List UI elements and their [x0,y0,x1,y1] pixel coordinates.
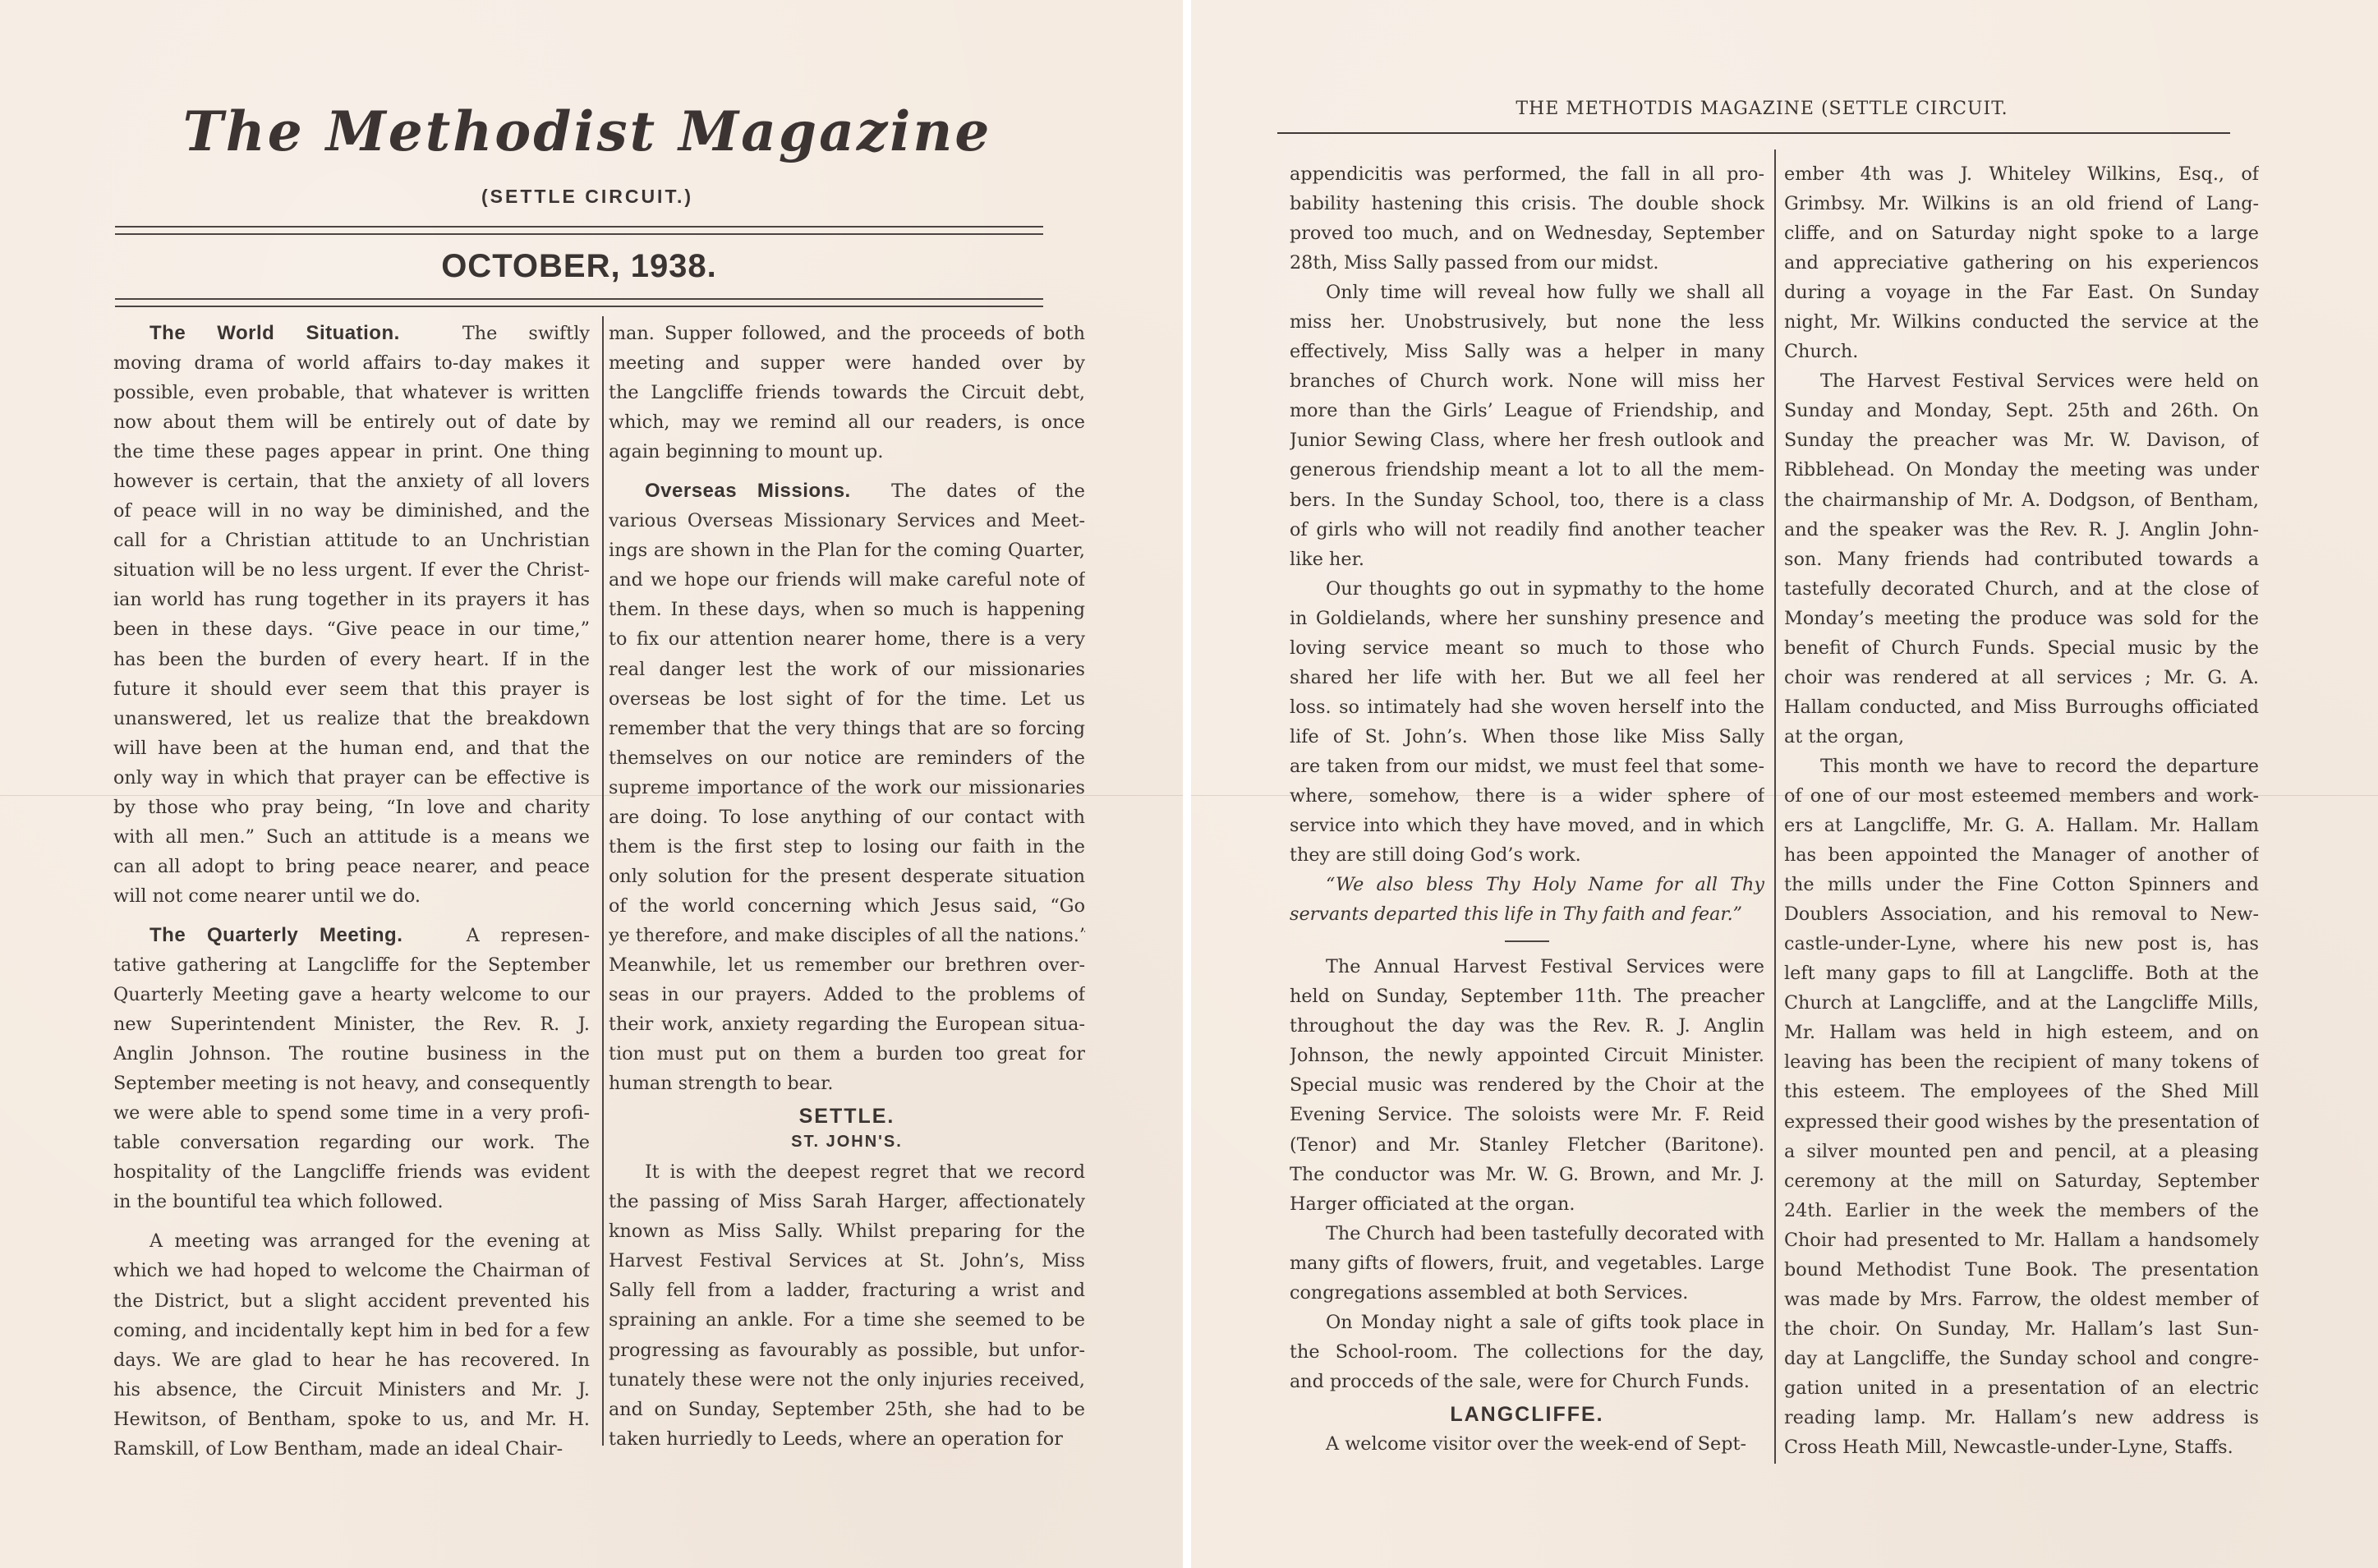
article-line: and we hope our friends will make carefu… [609,565,1085,595]
article-line: night, Mr. Wilkins conducted the service… [1784,307,2259,337]
world-situation-body: moving drama of world affairs to-day mak… [113,348,590,911]
article-line: by those who pray being, “In love and ch… [113,793,590,822]
article-line: now about them will be entirely out of d… [113,407,590,437]
column-4: ember 4th was J. Whiteley Wilkins, Esq.,… [1784,159,2259,1462]
article-line: The Church had been tastefully decorated… [1290,1219,1764,1248]
article-line: of peace will in no way be diminished, a… [113,496,590,526]
running-header-rule [1277,132,2230,134]
article-line: of the world concerning which Jesus said… [609,891,1085,921]
article-line: Hewitson, of Bentham, spoke to us, and M… [113,1405,590,1434]
article-line: This month we have to record the departu… [1784,752,2259,781]
article-line: bound Methodist Tune Book. The presentat… [1784,1255,2259,1285]
text-run: The dates of the [891,481,1085,502]
article-line: Only time will reveal how fully we shall… [1290,278,1764,307]
column-2: man. Supper followed, and the proceeds o… [609,319,1085,1454]
text-run: The swiftly [462,323,590,344]
article-line: to fix our attention nearer home, there … [609,624,1085,654]
article-line: tative gathering at Langcliffe for the S… [113,950,590,980]
article-line: Monday’s meeting the produce was sold fo… [1784,604,2259,633]
article-line: tion must put on them a burden too great… [609,1039,1085,1069]
article-line: which, may we remind all our readers, is… [609,407,1085,437]
article-line: meeting and supper were handed over by [609,348,1085,378]
article-line: they are still doing God’s work. [1290,840,1764,870]
decoration-paragraph: The Church had been tastefully decorated… [1290,1219,1764,1308]
article-line: with all men.” Such an attitude is a mea… [113,822,590,852]
left-page: The Methodist Magazine (SETTLE CIRCUIT.)… [0,0,1183,1568]
article-line: during a voyage in the Far East. On Sund… [1784,278,2259,307]
article-line: this esteem. The employees of the Shed M… [1784,1077,2259,1106]
date-rule [115,298,1043,307]
heading-world-situation: The World Situation. [149,322,400,344]
evening-meeting-paragraph: A meeting was arranged for the evening a… [113,1226,590,1463]
article-line: the District, but a slight accident prev… [113,1286,590,1316]
article-line: and appreciative gathering on his experi… [1784,248,2259,278]
article-line: their work, anxiety regarding the Europe… [609,1009,1085,1039]
article-line: Ramskill, of Low Bentham, made an ideal … [113,1434,590,1464]
article-line: Junior Sewing Class, where her fresh out… [1290,425,1764,455]
text-run: A represen- [467,925,590,946]
article-line: benefit of Church Funds. Special music b… [1784,633,2259,663]
article-line: and procceds of the sale, were for Churc… [1290,1367,1764,1396]
article-line: cliffe, and on Saturday night spoke to a… [1784,218,2259,248]
article-line: future it should ever seem that this pra… [113,674,590,704]
article-line: (Tenor) and Mr. Stanley Fletcher (Barito… [1290,1130,1764,1160]
heading-st-johns: ST. JOHN'S. [609,1129,1085,1157]
article-line: Quarterly Meeting gave a hearty welcome … [113,980,590,1009]
article-line: the School-room. The collections for the… [1290,1337,1764,1367]
magazine-subtitle: (SETTLE CIRCUIT.) [123,186,1051,208]
heading-quarterly-meeting: The Quarterly Meeting. [149,924,402,946]
running-header: THE METHOTDIS MAGAZINE (SETTLE CIRCUIT. [1290,99,2234,119]
article-line: expressed their good wishes by the prese… [1784,1107,2259,1137]
article-line: ye therefore, and make disciples of all … [609,921,1085,950]
article-line: “We also bless Thy Holy Name for all Thy [1290,870,1764,899]
article-line: like her. [1290,545,1764,574]
memorial-quote: “We also bless Thy Holy Name for all Thy… [1290,870,1764,929]
article-line: Anglin Johnson. The routine business in … [113,1039,590,1069]
article-line: at the organ, [1784,722,2259,752]
article-line: in the bountiful tea which followed. [113,1187,590,1216]
article-line: a silver mounted pen and pencil, at a pl… [1784,1137,2259,1166]
article-line: Doublers Association, and his removal to… [1784,899,2259,929]
article-line: possible, even probable, that whatever i… [113,378,590,407]
article-line: ers at Langcliffe, Mr. G. A. Hallam. Mr.… [1784,811,2259,840]
article-line: has been the burden of every heart. If i… [113,645,590,674]
article-line: Cross Heath Mill, Newcastle-under-Lyne, … [1784,1432,2259,1462]
article-line: his absence, the Circuit Ministers and M… [113,1375,590,1405]
article-line: ember 4th was J. Whiteley Wilkins, Esq.,… [1784,159,2259,189]
article-line: servants departed this life in Thy faith… [1290,899,1764,929]
article-line: in Goldielands, where her sunshiny prese… [1290,604,1764,633]
article-line: of one of our most esteemed members and … [1784,781,2259,811]
article-line: progressing as favourably as possible, b… [609,1336,1085,1365]
article-line: the chairmanship of Mr. A. Dodgson, of B… [1784,485,2259,515]
article-line: known as Miss Sally. Whilst preparing fo… [609,1216,1085,1246]
article-line: The conductor was Mr. W. G. Brown, and M… [1290,1160,1764,1189]
article-line: will not come nearer until we do. [113,881,590,911]
article-line: seas in our prayers. Added to the proble… [609,980,1085,1009]
article-line: leaving has been the recipient of many t… [1784,1047,2259,1077]
article-line: throughout the day was the Rev. R. J. An… [1290,1011,1764,1041]
article-line: A meeting was arranged for the evening a… [113,1226,590,1256]
article-line: appendicitis was performed, the fall in … [1290,159,1764,189]
article-line: call for a Christian attitude to an Unch… [113,526,590,555]
article-line: where, somehow, there is a wider sphere … [1290,781,1764,811]
article-line: gation united in a presentation of an el… [1784,1373,2259,1403]
article-line: Hallam conducted, and Miss Burroughs off… [1784,692,2259,722]
article-line: ings are shown in the Plan for the comin… [609,536,1085,565]
article-line: The Annual Harvest Festival Services wer… [1290,952,1764,982]
heading-overseas-missions: Overseas Missions. [645,480,851,502]
article-line: loss. so intimately had she woven hersel… [1290,692,1764,722]
masthead-rule [115,226,1043,235]
article-line: them. In these days, when so much is hap… [609,595,1085,624]
article-line: service into which they have moved, and … [1290,811,1764,840]
article-line: again beginning to mount up. [609,437,1085,467]
column-3: appendicitis was performed, the fall in … [1290,159,1764,1459]
article-line: effectively, Miss Sally was a helper in … [1290,337,1764,366]
article-line: was made by Mrs. Farrow, the oldest memb… [1784,1285,2259,1314]
article-line: bability hastening this crisis. The doub… [1290,189,1764,218]
heading-settle: SETTLE. [609,1103,1085,1129]
article-line: ian world has rung together in its praye… [113,585,590,614]
article-line: life of St. John’s. When those like Miss… [1290,722,1764,752]
article-line: are doing. To lose anything of our conta… [609,802,1085,832]
article-line: Church. [1784,337,2259,366]
masthead: The Methodist Magazine (SETTLE CIRCUIT.) [123,99,1051,208]
article-line: overseas be lost sight of for the time. … [609,684,1085,714]
article-line: Sunday and Monday, Sept. 25th and 26th. … [1784,396,2259,425]
article-line: man. Supper followed, and the proceeds o… [609,319,1085,348]
sympathy-paragraph: Our thoughts go out in sypmathy to the h… [1290,574,1764,870]
article-line: the Langcliffe friends towards the Circu… [609,378,1085,407]
article-line: Sally fell from a ladder, fracturing a w… [609,1276,1085,1305]
article-line: shared her life with her. But we all fee… [1290,663,1764,692]
article-line: ceremony at the mill on Saturday, Septem… [1784,1166,2259,1196]
article-line: themselves on our notice are reminders o… [609,743,1085,773]
article-line: reading lamp. Mr. Hallam’s new address i… [1784,1403,2259,1432]
article-line: situation will be no less urgent. If eve… [113,555,590,585]
sale-paragraph: On Monday night a sale of gifts took pla… [1290,1308,1764,1396]
article-line: castle-under-Lyne, where his new post is… [1784,929,2259,959]
article-line: however is certain, that the anxiety of … [113,467,590,496]
article-line: choir was rendered at all services ; Mr.… [1784,663,2259,692]
article-line: tastefully decorated Church, and at the … [1784,574,2259,604]
langcliffe-intro: A welcome visitor over the week-end of S… [1290,1429,1764,1459]
article-line: are taken from our midst, we must feel t… [1290,752,1764,781]
article-line: Meanwhile, let us remember our brethren … [609,950,1085,980]
article-line: left many gaps to fill at Langcliffe. Bo… [1784,959,2259,988]
article-line: Evening Service. The soloists were Mr. F… [1290,1100,1764,1129]
harvest-festival-paragraph: The Annual Harvest Festival Services wer… [1290,952,1764,1218]
article-line: can all adopt to bring peace nearer, and… [113,852,590,881]
langcliffe-harvest-paragraph: The Harvest Festival Services were held … [1784,366,2259,752]
article-line: Overseas Missions. The dates of the [609,476,1085,506]
column-divider [1774,149,1776,1464]
article-line: branches of Church work. None will miss … [1290,366,1764,396]
article-line: proved too much, and on Wednesday, Septe… [1290,218,1764,248]
article-line: spraining an ankle. For a time she seeme… [609,1305,1085,1335]
section-separator [1505,940,1549,942]
article-line: the mills under the Fine Cotton Spinners… [1784,870,2259,899]
article-line: and on Sunday, September 25th, she had t… [609,1395,1085,1424]
article-line: Church at Langcliffe, and at the Langcli… [1784,988,2259,1018]
article-line: the choir. On Sunday, Mr. Hallam’s last … [1784,1314,2259,1344]
article-line: Our thoughts go out in sypmathy to the h… [1290,574,1764,604]
article-line: table conversation regarding our work. T… [113,1128,590,1157]
article-line: Grimbsy. Mr. Wilkins is an old friend of… [1784,189,2259,218]
article-line: various Overseas Missionary Services and… [609,506,1085,536]
article-line: miss her. Unobstrusively, but none the l… [1290,307,1764,337]
tribute-paragraph: Only time will reveal how fully we shall… [1290,278,1764,573]
article-line: supreme importance of the work our missi… [609,773,1085,802]
article-line: days. We are glad to hear he has recover… [113,1345,590,1375]
article-line: Harger officiated at the organ. [1290,1189,1764,1219]
article-line: son. Many friends had contributed toward… [1784,545,2259,574]
column-1: The World Situation. The swiftly moving … [113,319,590,1464]
article-line: the passing of Miss Sarah Harger, affect… [609,1187,1085,1216]
article-line: The World Situation. The swiftly [113,319,590,348]
article-line: them is the first step to losing our fai… [609,832,1085,862]
article-line: new Superintendent Minister, the Rev. R.… [113,1009,590,1039]
article-line: will have been at the human end, and tha… [113,733,590,763]
article-line: Sunday the preacher was Mr. W. Davison, … [1784,425,2259,455]
article-line: held on Sunday, September 11th. The prea… [1290,982,1764,1011]
article-line: On Monday night a sale of gifts took pla… [1290,1308,1764,1337]
article-line: Mr. Hallam was held in high esteem, and … [1784,1018,2259,1047]
article-line: we were able to spend some time in a ver… [113,1098,590,1128]
article-line: day at Langcliffe, the Sunday school and… [1784,1344,2259,1373]
article-line: of girls who will not readily find anoth… [1290,515,1764,545]
article-line: congregations assembled at both Services… [1290,1278,1764,1308]
article-line: generous friendship meant a lot to all t… [1290,455,1764,485]
st-johns-body: It is with the deepest regret that we re… [609,1157,1085,1453]
article-line: unanswered, let us realize that the brea… [113,704,590,733]
article-line: real danger lest the work of our mission… [609,655,1085,684]
article-line: September meeting is not heavy, and cons… [113,1069,590,1098]
article-line: coming, and incidentally kept him in bed… [113,1316,590,1345]
quarterly-meeting-body: tative gathering at Langcliffe for the S… [113,950,590,1216]
heading-langcliffe: LANGCLIFFE. [1290,1400,1764,1429]
article-line: the time these pages appear in print. On… [113,437,590,467]
magazine-title: The Methodist Magazine [123,99,1051,164]
article-line: 24th. Earlier in the week the members of… [1784,1196,2259,1225]
article-line: tunately these were not the only injurie… [609,1365,1085,1395]
article-line: 28th, Miss Sally passed from our midst. [1290,248,1764,278]
article-line: Special music was rendered by the Choir … [1290,1070,1764,1100]
article-line: human strength to bear. [609,1069,1085,1098]
column-divider [602,316,604,1446]
article-line: The Harvest Festival Services were held … [1784,366,2259,396]
article-line: which we had hoped to welcome the Chairm… [113,1256,590,1285]
article-line: Ribblehead. On Monday the meeting was un… [1784,455,2259,485]
overseas-missions-body: various Overseas Missionary Services and… [609,506,1085,1098]
article-line: has been appointed the Manager of anothe… [1784,840,2259,870]
article-line: loving service meant so much to those wh… [1290,633,1764,663]
article-line: bers. In the Sunday School, too, there i… [1290,485,1764,515]
article-line: remember that the very things that are s… [609,714,1085,743]
issue-date: OCTOBER, 1938. [115,248,1043,285]
article-line: Choir had presented to Mr. Hallam a hand… [1784,1225,2259,1255]
article-line: hospitality of the Langcliffe friends wa… [113,1157,590,1187]
right-page: THE METHOTDIS MAGAZINE (SETTLE CIRCUIT. … [1191,0,2378,1568]
st-johns-continuation: appendicitis was performed, the fall in … [1290,159,1764,278]
article-line: only way in which that prayer can be eff… [113,763,590,793]
article-line: and the speaker was the Rev. R. J. Angli… [1784,515,2259,545]
article-line: more than the Girls’ League of Friendshi… [1290,396,1764,425]
hallam-departure-paragraph: This month we have to record the departu… [1784,752,2259,1462]
article-line: been in these days. “Give peace in our t… [113,614,590,644]
quarterly-meeting-continuation: man. Supper followed, and the proceeds o… [609,319,1085,467]
article-line: Johnson, the newly appointed Circuit Min… [1290,1041,1764,1070]
article-line: many gifts of flowers, fruit, and vegeta… [1290,1248,1764,1278]
article-line: moving drama of world affairs to-day mak… [113,348,590,378]
article-line: It is with the deepest regret that we re… [609,1157,1085,1187]
article-line: Harvest Festival Services at St. John’s,… [609,1246,1085,1276]
article-line: taken hurriedly to Leeds, where an opera… [609,1424,1085,1454]
article-line: The Quarterly Meeting. A represen- [113,921,590,950]
wilkins-paragraph: ember 4th was J. Whiteley Wilkins, Esq.,… [1784,159,2259,366]
article-line: only solution for the present desperate … [609,862,1085,891]
